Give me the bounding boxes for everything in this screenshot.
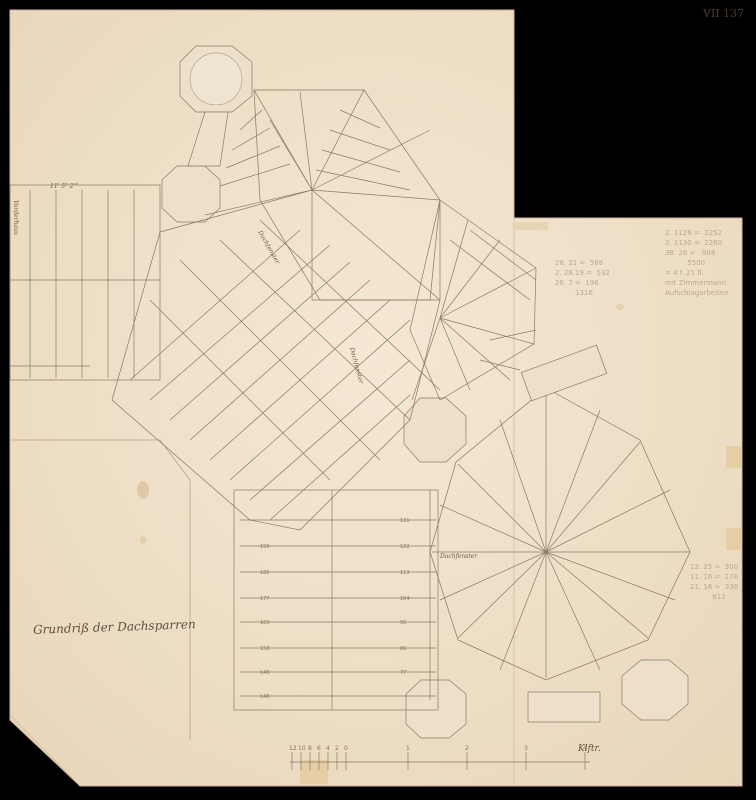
- svg-text:185: 185: [260, 570, 270, 576]
- dachfenster-label: Dachfenster: [439, 553, 478, 560]
- svg-text:3: 3: [524, 745, 528, 752]
- svg-text:1: 1: [406, 745, 410, 752]
- svg-text:8: 8: [308, 745, 312, 752]
- plate-label: VII 137: [703, 7, 744, 20]
- svg-text:4: 4: [326, 745, 330, 752]
- left-wing-label: Vorderhaus: [12, 200, 19, 235]
- svg-text:158: 158: [260, 646, 270, 652]
- roof-rafter-plan: 12 10 8 6 4 2 0 1 2 3 4 Dachfenster Dach…: [0, 0, 756, 800]
- scale-unit-label: Klftr.: [578, 744, 601, 754]
- svg-text:104: 104: [400, 596, 410, 602]
- svg-text:6: 6: [317, 745, 321, 752]
- stain: [137, 481, 149, 499]
- svg-text:0: 0: [344, 745, 348, 752]
- svg-text:177: 177: [260, 596, 270, 602]
- svg-text:86: 86: [400, 646, 406, 652]
- calculation-note: 28. 21 = 588 2. 28.19 = 532 28. 7 = 196 …: [555, 258, 610, 298]
- svg-text:10: 10: [298, 745, 306, 752]
- svg-text:113: 113: [400, 570, 410, 576]
- svg-text:169: 169: [260, 620, 270, 626]
- scanned-drawing: 12 10 8 6 4 2 0 1 2 3 4 Dachfenster Dach…: [0, 0, 756, 800]
- svg-text:131: 131: [400, 518, 410, 524]
- calculation-note: 12. 25 = 300 11. 16 = 176 21. 16 = 336 8…: [690, 562, 738, 602]
- dimension-label: 11' 5" 2''': [50, 183, 79, 190]
- svg-text:2: 2: [335, 745, 339, 752]
- svg-text:95: 95: [400, 620, 406, 626]
- svg-text:2: 2: [465, 745, 469, 752]
- svg-text:149: 149: [260, 670, 270, 676]
- svg-text:77: 77: [400, 670, 406, 676]
- svg-text:190: 190: [260, 544, 270, 550]
- calculation-note: 2. 1126 = 2252 2. 1130 = 2260 38. 26 = 9…: [665, 228, 729, 298]
- svg-text:12: 12: [289, 745, 297, 752]
- svg-text:122: 122: [400, 544, 410, 550]
- svg-text:140: 140: [260, 694, 270, 700]
